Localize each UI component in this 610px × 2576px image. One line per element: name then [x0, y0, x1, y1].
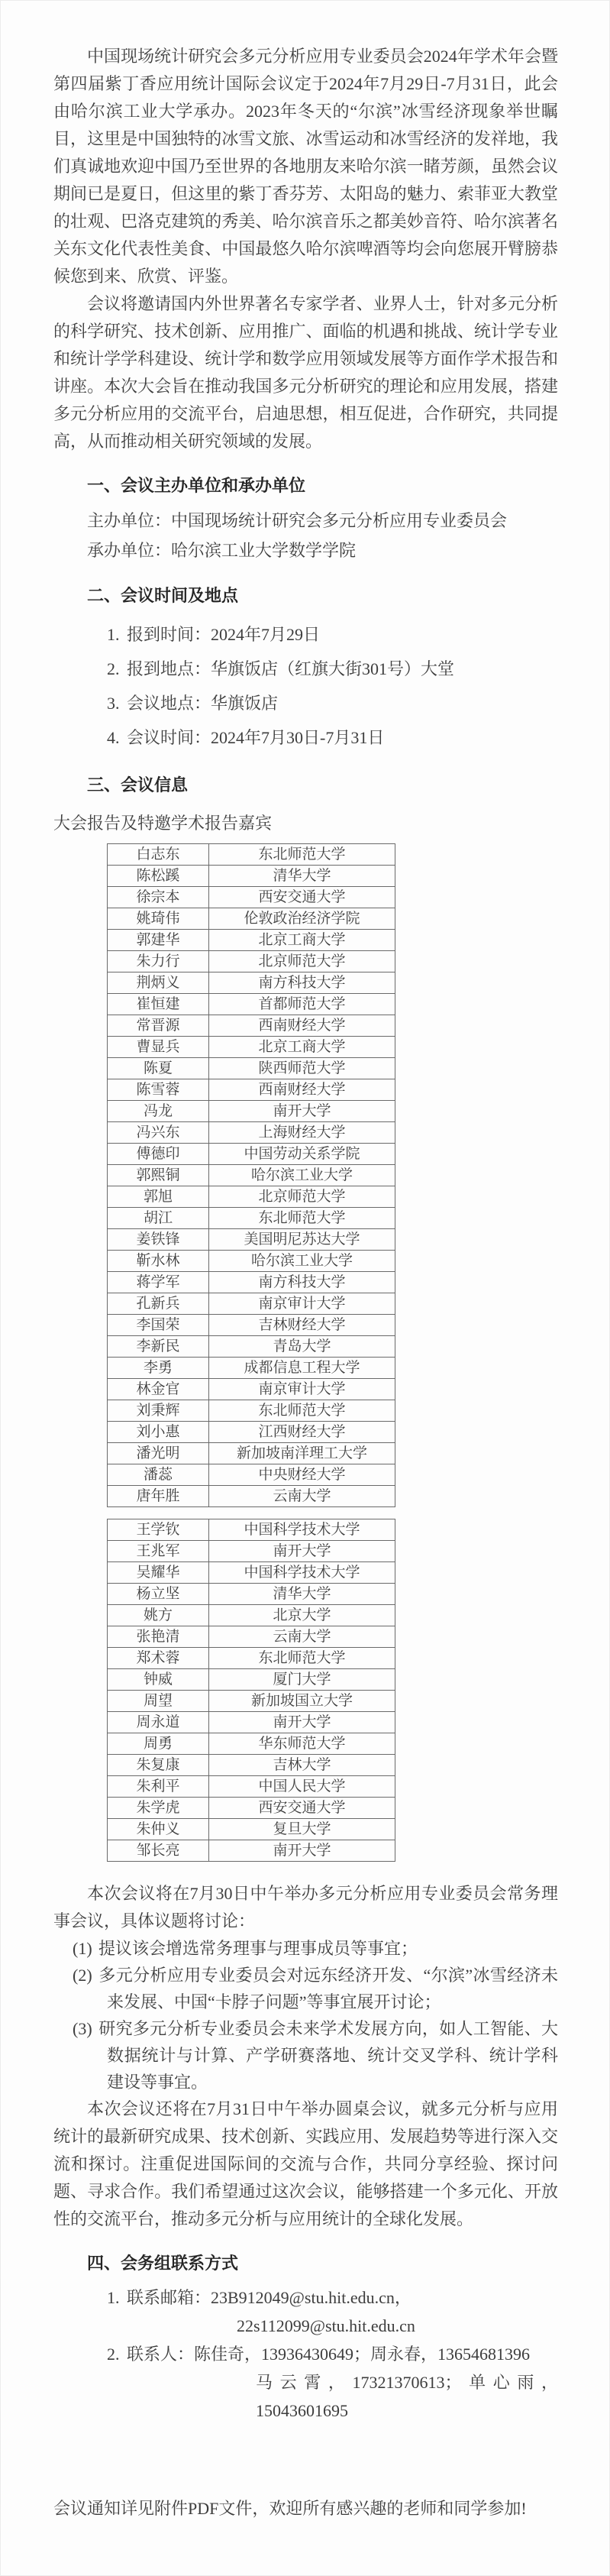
guest-row: 姜铁锋 美国明尼苏达大学 [108, 1229, 395, 1251]
guest-row: 朱力行 北京师范大学 [108, 951, 395, 972]
agenda-item-text: 提议该会增选常务理事与理事成员等事宜； [98, 1939, 418, 1958]
guest-row: 白志东 东北师范大学 [108, 844, 395, 866]
guest-name-cell: 张艳清 [108, 1626, 209, 1648]
guest-name-cell: 邹长亮 [108, 1840, 209, 1862]
guest-affiliation-cell: 上海财经大学 [209, 1122, 395, 1144]
guest-row: 张艳清 云南大学 [108, 1626, 395, 1648]
guest-affiliation-cell: 哈尔滨工业大学 [209, 1251, 395, 1272]
organizer-unit-line: 承办单位：哈尔滨工业大学数学学院 [53, 536, 558, 565]
guest-affiliation-cell: 厦门大学 [209, 1669, 395, 1691]
guest-row: 王兆军 南开大学 [108, 1541, 395, 1562]
guest-row: 杨立坚 清华大学 [108, 1584, 395, 1605]
guest-affiliation-cell: 东北师范大学 [209, 844, 395, 866]
guest-name-cell: 钟威 [108, 1669, 209, 1691]
guest-affiliation-cell: 新加坡国立大学 [209, 1691, 395, 1712]
guest-name-cell: 孔新兵 [108, 1293, 209, 1315]
guest-name-cell: 姜铁锋 [108, 1229, 209, 1251]
time-location-item: 1.报到时间：2024年7月29日 [107, 617, 558, 652]
guest-name-cell: 郭熙铜 [108, 1165, 209, 1186]
guest-row: 朱学虎 西安交通大学 [108, 1798, 395, 1819]
guest-name-cell: 唐年胜 [108, 1486, 209, 1507]
guest-row: 潘蕊 中央财经大学 [108, 1464, 395, 1486]
guest-affiliation-cell: 云南大学 [209, 1626, 395, 1648]
guest-name-cell: 冯龙 [108, 1101, 209, 1122]
item-number: 2. [107, 2340, 127, 2368]
time-location-list: 1.报到时间：2024年7月29日 2.报到地点：华旗饭店（红旗大街301号）大… [53, 617, 558, 755]
guest-row: 郭熙铜 哈尔滨工业大学 [108, 1165, 395, 1186]
guest-affiliation-cell: 清华大学 [209, 866, 395, 887]
guest-row: 刘小惠 江西财经大学 [108, 1422, 395, 1443]
time-location-item: 3.会议地点：华旗饭店 [107, 686, 558, 720]
guest-affiliation-cell: 陕西师范大学 [209, 1058, 395, 1079]
contact-persons-line1: 2.联系人：陈佳奇，13936430649；周永春，13654681396 [107, 2340, 558, 2368]
guest-affiliation-cell: 吉林大学 [209, 1755, 395, 1776]
item-text: 会议地点：华旗饭店 [127, 694, 278, 713]
guest-name-cell: 蒋学军 [108, 1272, 209, 1293]
guest-name-cell: 徐宗本 [108, 887, 209, 908]
guest-row: 周勇 华东师范大学 [108, 1733, 395, 1755]
agenda-item-marker: (1) [73, 1935, 98, 1962]
guest-name-cell: 潘光明 [108, 1443, 209, 1464]
guest-row: 周永道 南开大学 [108, 1712, 395, 1733]
section3-heading: 三、会议信息 [53, 772, 558, 799]
guest-row: 周望 新加坡国立大学 [108, 1691, 395, 1712]
guest-row: 姚方 北京大学 [108, 1605, 395, 1626]
guest-affiliation-cell: 中国劳动关系学院 [209, 1144, 395, 1165]
guest-affiliation-cell: 伦敦政治经济学院 [209, 908, 395, 930]
guest-table-2: 王学钦 中国科学技术大学 王兆军 南开大学 吴耀华 中国科学技术大学 杨立坚 清… [107, 1519, 395, 1862]
guest-row: 朱复康 吉林大学 [108, 1755, 395, 1776]
guest-affiliation-cell: 中国人民大学 [209, 1776, 395, 1798]
guest-affiliation-cell: 华东师范大学 [209, 1733, 395, 1755]
guest-affiliation-cell: 南京审计大学 [209, 1293, 395, 1315]
guest-name-cell: 陈松蹊 [108, 866, 209, 887]
guest-name-cell: 李新民 [108, 1336, 209, 1358]
guest-name-cell: 荆炳义 [108, 972, 209, 994]
agenda-item-marker: (3) [73, 2015, 98, 2042]
guest-row: 靳水林 哈尔滨工业大学 [108, 1251, 395, 1272]
guest-row: 王学钦 中国科学技术大学 [108, 1519, 395, 1541]
guest-affiliation-cell: 南开大学 [209, 1840, 395, 1862]
item-number: 3. [107, 686, 127, 720]
guest-affiliation-cell: 江西财经大学 [209, 1422, 395, 1443]
guest-name-cell: 郭旭 [108, 1186, 209, 1208]
guest-affiliation-cell: 复旦大学 [209, 1819, 395, 1840]
guest-row: 傅德印 中国劳动关系学院 [108, 1144, 395, 1165]
guest-name-cell: 周望 [108, 1691, 209, 1712]
attachment-note: 会议通知详见附件PDF文件，欢迎所有感兴趣的老师和同学参加! [53, 2495, 558, 2523]
agenda-item: (3)研究多元分析专业委员会未来学术发展方向，如人工智能、大数据统计与计算、产学… [73, 2015, 558, 2095]
guest-row: 陈夏 陕西师范大学 [108, 1058, 395, 1079]
guest-row: 吴耀华 中国科学技术大学 [108, 1562, 395, 1584]
guest-name-cell: 郭建华 [108, 930, 209, 951]
guest-row: 郑术蓉 东北师范大学 [108, 1648, 395, 1669]
item-text: 报到地点：华旗饭店（红旗大街301号）大堂 [127, 659, 454, 678]
guest-affiliation-cell: 北京工商大学 [209, 930, 395, 951]
guest-affiliation-cell: 东北师范大学 [209, 1400, 395, 1422]
guest-affiliation-cell: 青岛大学 [209, 1336, 395, 1358]
guest-name-cell: 刘秉辉 [108, 1400, 209, 1422]
guest-name-cell: 吴耀华 [108, 1562, 209, 1584]
guest-affiliation-cell: 西南财经大学 [209, 1015, 395, 1037]
guest-name-cell: 王学钦 [108, 1519, 209, 1541]
section1-heading: 一、会议主办单位和承办单位 [53, 472, 558, 500]
contact-email-line2: 22s112099@stu.hit.edu.cn [237, 2312, 558, 2340]
guest-row: 钟威 厦门大学 [108, 1669, 395, 1691]
guest-row: 朱利平 中国人民大学 [108, 1776, 395, 1798]
guest-name-cell: 朱复康 [108, 1755, 209, 1776]
guest-row: 潘光明 新加坡南洋理工大学 [108, 1443, 395, 1464]
guest-affiliation-cell: 北京师范大学 [209, 951, 395, 972]
item-number: 2. [107, 652, 127, 686]
guest-name-cell: 周永道 [108, 1712, 209, 1733]
council-meeting-paragraph: 本次会议将在7月30日中午举办多元分析应用专业委员会常务理事会议，具体议题将讨论… [53, 1880, 558, 1935]
guest-name-cell: 林金官 [108, 1379, 209, 1400]
guest-affiliation-cell: 西安交通大学 [209, 887, 395, 908]
guest-row: 唐年胜 云南大学 [108, 1486, 395, 1507]
contact-email-line1: 1.联系邮箱：23B912049@stu.hit.edu.cn， [107, 2283, 558, 2312]
guest-affiliation-cell: 美国明尼苏达大学 [209, 1229, 395, 1251]
section2-heading: 二、会议时间及地点 [53, 582, 558, 610]
guest-row: 崔恒建 首都师范大学 [108, 994, 395, 1015]
guest-name-cell: 常晋源 [108, 1015, 209, 1037]
guest-list-title: 大会报告及特邀学术报告嘉宾 [53, 810, 558, 837]
guest-affiliation-cell: 云南大学 [209, 1486, 395, 1507]
intro-paragraph-2: 会议将邀请国内外世界著名专家学者、业界人士，针对多元分析的科学研究、技术创新、应… [53, 290, 558, 455]
contact-persons-text: 联系人：陈佳奇，13936430649；周永春，13654681396 [127, 2345, 530, 2364]
contact-persons-item: 2.联系人：陈佳奇，13936430649；周永春，13654681396 马云… [53, 2340, 558, 2425]
guest-row: 陈雪蓉 西南财经大学 [108, 1079, 395, 1101]
guest-name-cell: 潘蕊 [108, 1464, 209, 1486]
guest-name-cell: 陈雪蓉 [108, 1079, 209, 1101]
guest-name-cell: 朱仲义 [108, 1819, 209, 1840]
roundtable-paragraph: 本次会议还将在7月31日中午举办圆桌会议，就多元分析与应用统计的最新研究成果、技… [53, 2095, 558, 2233]
time-location-item: 2.报到地点：华旗饭店（红旗大街301号）大堂 [107, 652, 558, 686]
item-text: 会议时间：2024年7月30日-7月31日 [127, 728, 384, 747]
agenda-item-marker: (2) [73, 1962, 98, 1989]
guest-row: 孔新兵 南京审计大学 [108, 1293, 395, 1315]
guest-row: 常晋源 西南财经大学 [108, 1015, 395, 1037]
guest-name-cell: 胡江 [108, 1208, 209, 1229]
guest-name-cell: 傅德印 [108, 1144, 209, 1165]
council-agenda-list: (1)提议该会增选常务理事与理事成员等事宜； (2)多元分析应用专业委员会对远东… [53, 1935, 558, 2095]
guest-affiliation-cell: 首都师范大学 [209, 994, 395, 1015]
guest-affiliation-cell: 成都信息工程大学 [209, 1358, 395, 1379]
guest-affiliation-cell: 西安交通大学 [209, 1798, 395, 1819]
guest-affiliation-cell: 北京师范大学 [209, 1186, 395, 1208]
guest-affiliation-cell: 中央财经大学 [209, 1464, 395, 1486]
item-number: 4. [107, 720, 127, 755]
guest-row: 郭建华 北京工商大学 [108, 930, 395, 951]
section4-heading: 四、会务组联系方式 [53, 2250, 558, 2277]
guest-row: 曹显兵 北京工商大学 [108, 1037, 395, 1058]
host-unit-line: 主办单位：中国现场统计研究会多元分析应用专业委员会 [53, 506, 558, 536]
guest-affiliation-cell: 新加坡南洋理工大学 [209, 1443, 395, 1464]
guest-name-cell: 李国荣 [108, 1315, 209, 1336]
guest-row: 陈松蹊 清华大学 [108, 866, 395, 887]
guest-affiliation-cell: 西南财经大学 [209, 1079, 395, 1101]
agenda-item-text: 多元分析应用专业委员会对远东经济开发、“尔滨”冰雪经济未来发展、中国“卡脖子问题… [98, 1966, 558, 2011]
guest-name-cell: 王兆军 [108, 1541, 209, 1562]
guest-row: 徐宗本 西安交通大学 [108, 887, 395, 908]
guest-affiliation-cell: 北京工商大学 [209, 1037, 395, 1058]
guest-row: 李勇 成都信息工程大学 [108, 1358, 395, 1379]
time-location-item: 4.会议时间：2024年7月30日-7月31日 [107, 720, 558, 755]
guest-row: 冯龙 南开大学 [108, 1101, 395, 1122]
guest-row: 朱仲义 复旦大学 [108, 1819, 395, 1840]
agenda-item: (2)多元分析应用专业委员会对远东经济开发、“尔滨”冰雪经济未来发展、中国“卡脖… [73, 1962, 558, 2015]
agenda-item: (1)提议该会增选常务理事与理事成员等事宜； [73, 1935, 558, 1962]
guest-affiliation-cell: 清华大学 [209, 1584, 395, 1605]
guest-affiliation-cell: 南方科技大学 [209, 1272, 395, 1293]
guest-row: 郭旭 北京师范大学 [108, 1186, 395, 1208]
guest-name-cell: 姚琦伟 [108, 908, 209, 930]
guest-affiliation-cell: 中国科学技术大学 [209, 1562, 395, 1584]
guest-row: 姚琦伟 伦敦政治经济学院 [108, 908, 395, 930]
guest-affiliation-cell: 哈尔滨工业大学 [209, 1165, 395, 1186]
guest-name-cell: 曹显兵 [108, 1037, 209, 1058]
item-number: 1. [107, 617, 127, 652]
guest-affiliation-cell: 南方科技大学 [209, 972, 395, 994]
guest-row: 李国荣 吉林财经大学 [108, 1315, 395, 1336]
guest-row: 刘秉辉 东北师范大学 [108, 1400, 395, 1422]
item-text: 报到时间：2024年7月29日 [127, 625, 320, 644]
guest-name-cell: 杨立坚 [108, 1584, 209, 1605]
guest-row: 林金官 南京审计大学 [108, 1379, 395, 1400]
guest-row: 蒋学军 南方科技大学 [108, 1272, 395, 1293]
guest-row: 荆炳义 南方科技大学 [108, 972, 395, 994]
conference-notice-document: 中国现场统计研究会多元分析应用专业委员会2024年学术年会暨第四届紫丁香应用统计… [0, 0, 610, 2576]
guest-affiliation-cell: 中国科学技术大学 [209, 1519, 395, 1541]
agenda-item-text: 研究多元分析专业委员会未来学术发展方向，如人工智能、大数据统计与计算、产学研赛落… [98, 2019, 558, 2092]
contact-persons-line2: 马云霄，17321370613；单心雨，15043601695 [256, 2368, 558, 2425]
guest-name-cell: 朱学虎 [108, 1798, 209, 1819]
contact-email-text: 联系邮箱：23B912049@stu.hit.edu.cn， [127, 2288, 412, 2307]
item-number: 1. [107, 2283, 127, 2312]
guest-name-cell: 刘小惠 [108, 1422, 209, 1443]
guest-row: 李新民 青岛大学 [108, 1336, 395, 1358]
guest-affiliation-cell: 南开大学 [209, 1712, 395, 1733]
guest-name-cell: 朱力行 [108, 951, 209, 972]
contact-email-item: 1.联系邮箱：23B912049@stu.hit.edu.cn， 22s1120… [53, 2283, 558, 2340]
guest-affiliation-cell: 南京审计大学 [209, 1379, 395, 1400]
guest-affiliation-cell: 南开大学 [209, 1101, 395, 1122]
guest-name-cell: 崔恒建 [108, 994, 209, 1015]
guest-affiliation-cell: 吉林财经大学 [209, 1315, 395, 1336]
guest-row: 胡江 东北师范大学 [108, 1208, 395, 1229]
guest-table-1: 白志东 东北师范大学 陈松蹊 清华大学 徐宗本 西安交通大学 姚琦伟 伦敦政治经… [107, 843, 395, 1507]
guest-affiliation-cell: 东北师范大学 [209, 1648, 395, 1669]
guest-row: 冯兴东 上海财经大学 [108, 1122, 395, 1144]
intro-paragraph-1: 中国现场统计研究会多元分析应用专业委员会2024年学术年会暨第四届紫丁香应用统计… [53, 43, 558, 290]
guest-name-cell: 靳水林 [108, 1251, 209, 1272]
guest-name-cell: 李勇 [108, 1358, 209, 1379]
guest-name-cell: 郑术蓉 [108, 1648, 209, 1669]
guest-affiliation-cell: 东北师范大学 [209, 1208, 395, 1229]
guest-name-cell: 白志东 [108, 844, 209, 866]
guest-name-cell: 周勇 [108, 1733, 209, 1755]
guest-name-cell: 朱利平 [108, 1776, 209, 1798]
guest-row: 邹长亮 南开大学 [108, 1840, 395, 1862]
guest-name-cell: 冯兴东 [108, 1122, 209, 1144]
guest-name-cell: 陈夏 [108, 1058, 209, 1079]
guest-name-cell: 姚方 [108, 1605, 209, 1626]
guest-affiliation-cell: 北京大学 [209, 1605, 395, 1626]
guest-affiliation-cell: 南开大学 [209, 1541, 395, 1562]
